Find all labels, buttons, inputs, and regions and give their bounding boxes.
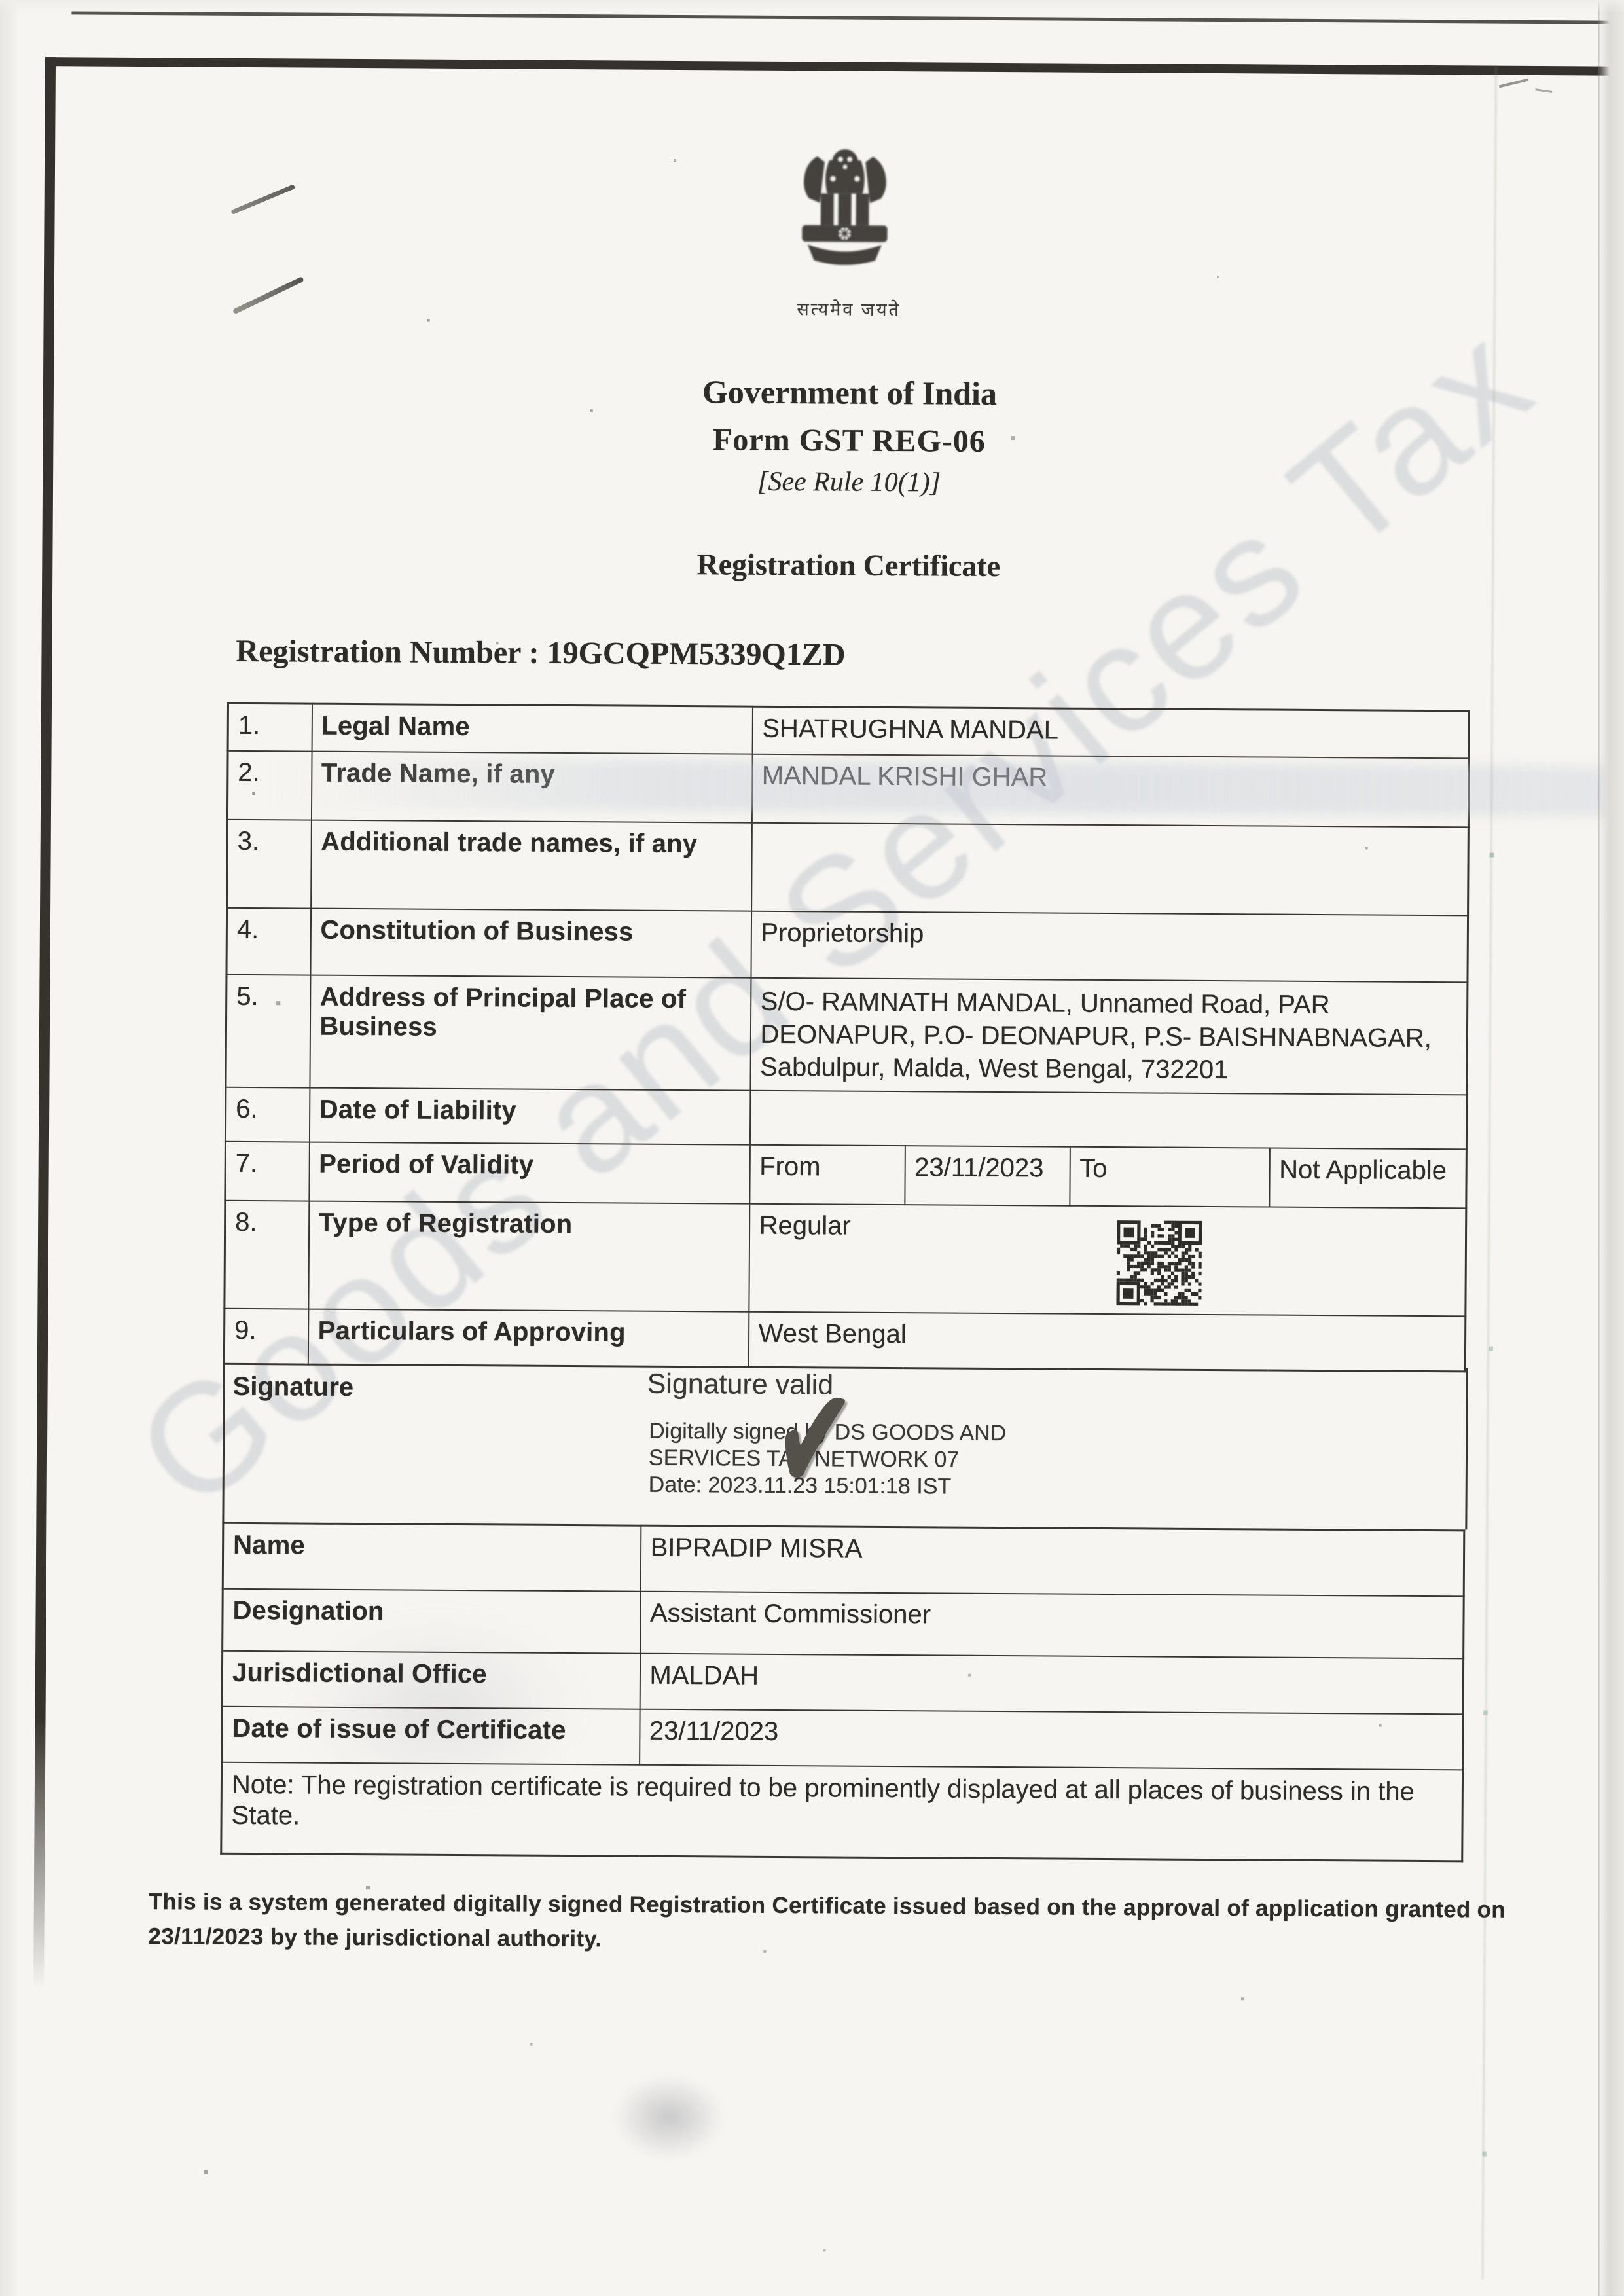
row-label: Period of Validity [309,1142,750,1203]
row-label: Constitution of Business [310,908,751,977]
display-note: Note: The registration certificate is re… [221,1762,1463,1861]
row-value: Proprietorship [751,911,1468,982]
row-number: 9. [224,1308,308,1364]
scanned-certificate-page: Goods and Services Tax [0,0,1624,2296]
approving-officer-table: Name BIPRADIP MISRA Designation Assistan… [220,1522,1465,1863]
qr-code [1116,1220,1202,1307]
row-value [751,822,1469,915]
faint-pen-smudge [613,2074,725,2160]
table-row: 7. Period of Validity From 23/11/2023 To… [225,1141,1467,1208]
table-row: Name BIPRADIP MISRA [223,1523,1464,1596]
validity-to-value: Not Applicable [1269,1148,1467,1208]
row-value [749,1090,1467,1149]
table-row: Date of issue of Certificate 23/11/2023 [222,1706,1463,1770]
pen-mark [1499,79,1530,94]
signature-label: Signature [232,1372,353,1402]
row-value: SHATRUGHNA MANDAL [752,706,1469,758]
scan-left-edge [0,0,17,2296]
page-frame-top [45,57,1617,76]
validity-from-value: 23/11/2023 [905,1146,1070,1206]
table-row: 5. Address of Principal Place of Busines… [226,974,1468,1095]
pen-mark [1534,88,1552,98]
staple-mark-icon [230,184,295,215]
staple-mark-icon [232,276,304,314]
scanner-streak [271,757,1620,817]
row-value: Regular [759,1211,851,1240]
row-label: Jurisdictional Office [222,1650,640,1709]
registration-number-label: Registration Number : [236,634,539,670]
scan-right-edge [1598,0,1624,2296]
row-number: 6. [225,1087,310,1142]
table-row: Designation Assistant Commissioner [223,1588,1464,1658]
signature-section: Signature Signature valid Digitally sign… [222,1360,1468,1530]
row-number: 1. [228,703,312,751]
paper-sheet: Goods and Services Tax [0,0,1624,2296]
validity-from-label: From [749,1144,905,1204]
table-row: 1. Legal Name SHATRUGHNA MANDAL [228,703,1469,758]
ashoka-lion-capital-emblem-icon [789,141,901,299]
row-number: 3. [227,819,312,908]
check-mark-icon: ✔ [769,1342,858,1537]
registration-number-value: 19GCQPM5339Q1ZD [547,636,845,672]
row-label: Date of issue of Certificate [222,1706,640,1764]
row-value-cell: Regular [749,1203,1466,1316]
scan-edge-line [71,11,1624,24]
row-label: Additional trade names, if any [311,820,752,911]
table-row: 6. Date of Liability [225,1087,1467,1149]
row-value: S/O- RAMNATH MANDAL, Unnamed Road, PAR D… [750,977,1468,1095]
row-label: Date of Liability [309,1087,749,1144]
row-value: MALDAH [640,1653,1463,1714]
row-value: Assistant Commissioner [640,1591,1464,1658]
scan-top-edge [0,0,1624,13]
row-number: 8. [225,1200,309,1309]
row-value: 23/11/2023 [640,1709,1463,1770]
page-frame-left [33,57,56,1988]
note-row: Note: The registration certificate is re… [221,1762,1463,1861]
emblem-motto: सत्यमेव जयते [751,296,947,321]
row-number: 4. [226,907,311,975]
row-number: 7. [225,1141,310,1201]
row-label: Designation [223,1588,641,1653]
validity-to-label: To [1070,1146,1270,1207]
table-row: 4. Constitution of Business Proprietorsh… [226,907,1468,982]
table-row: 3. Additional trade names, if any [227,819,1469,915]
system-generated-statement: This is a system generated digitally sig… [148,1884,1523,1962]
row-label: Particulars of Approving [308,1309,749,1367]
row-value: BIPRADIP MISRA [640,1525,1464,1596]
row-number: 5. [226,974,310,1087]
row-label: Address of Principal Place of Business [310,975,751,1090]
row-label: Legal Name [312,704,752,754]
registration-number-line: Registration Number : 19GCQPM5339Q1ZD [236,633,845,673]
table-row: Jurisdictional Office MALDAH [222,1650,1463,1714]
row-label: Name [223,1523,641,1591]
row-label: Type of Registration [308,1201,749,1311]
table-row: 8. Type of Registration Regular [225,1200,1466,1316]
